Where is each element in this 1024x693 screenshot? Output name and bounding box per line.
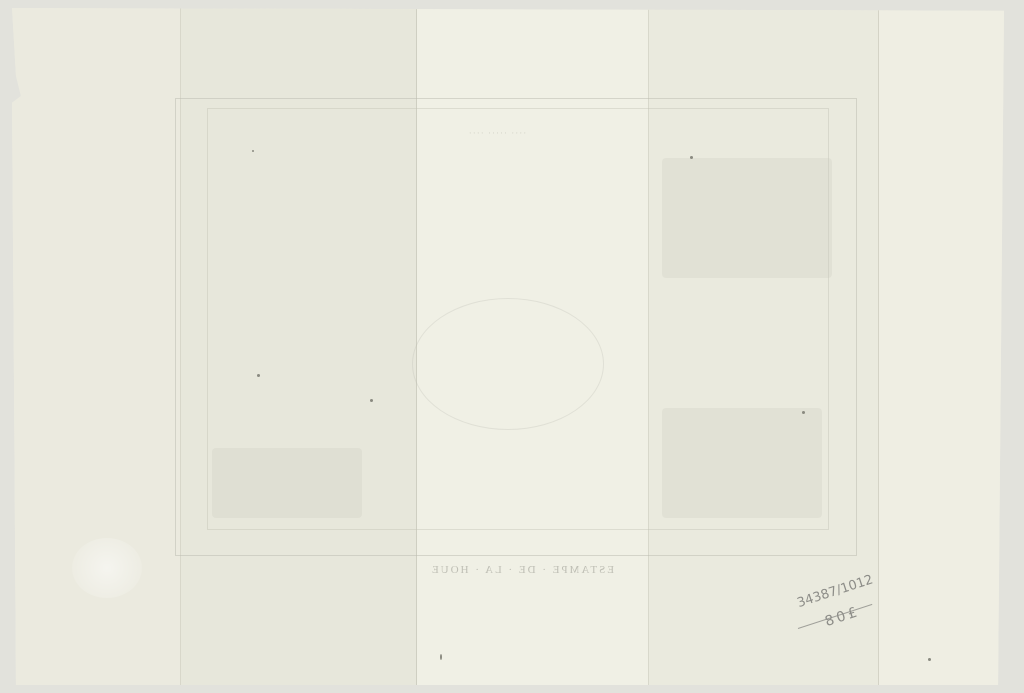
foxing-spot: [257, 374, 260, 377]
mirrored-bottom-caption: ESTAMPE · DE · LA · HOUE: [407, 564, 637, 576]
foxing-spot: [370, 399, 373, 402]
foxing-spot: [928, 658, 931, 661]
paper-stain: [72, 538, 142, 598]
ghost-image-lower-left: [212, 448, 362, 518]
foxing-spot: [440, 654, 442, 660]
foxing-spot: [252, 150, 254, 152]
paper-panel-right-margin: [878, 8, 1005, 685]
ghost-image-center-arc: [412, 298, 604, 430]
ghost-image-lower-right: [662, 408, 822, 518]
foxing-spot: [690, 156, 693, 159]
foxing-spot: [802, 411, 805, 414]
ghost-image-upper-right: [662, 158, 832, 278]
mirrored-top-caption: ···· ····· ····: [442, 128, 552, 138]
